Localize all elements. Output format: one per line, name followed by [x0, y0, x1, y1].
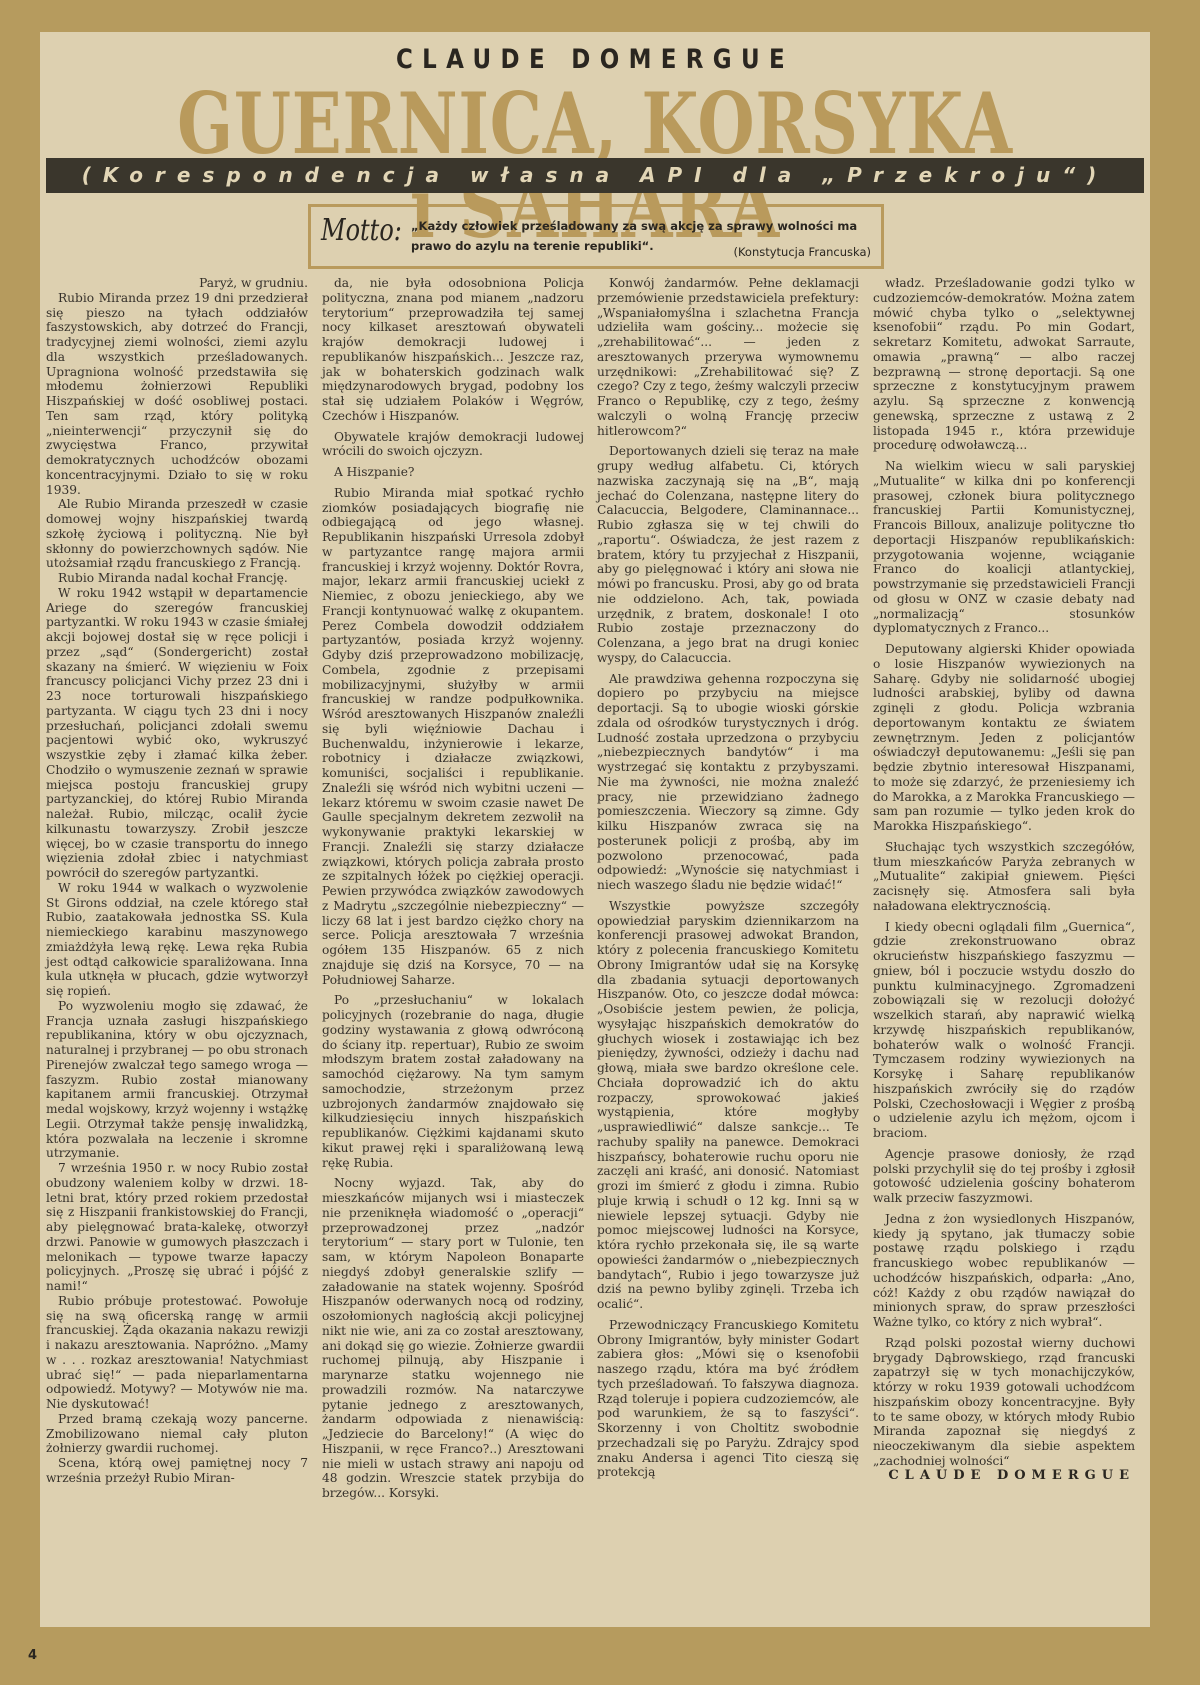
paragraph: Przed bramą czekają wozy pancerne. Zmobi…: [46, 1412, 308, 1456]
motto-source: (Konstytucja Francuska): [733, 245, 871, 259]
article-body: Paryż, w grudniu.Rubio Miranda przez 19 …: [40, 276, 1150, 1621]
paragraph: Rubio Miranda miał spotkać rychło ziomkó…: [322, 486, 584, 988]
column-4: władz. Prześladowanie godzi tylko w cudz…: [873, 276, 1135, 1621]
paragraph: Ale prawdziwa gehenna rozpoczyna się dop…: [597, 672, 859, 893]
dateline: Paryż, w grudniu.: [46, 276, 308, 291]
paragraph: A Hiszpanie?: [322, 465, 584, 480]
paragraph: Deportowanych dzieli się teraz na małe g…: [597, 444, 859, 665]
column-2: da, nie była odosobniona Policja polityc…: [322, 276, 584, 1621]
paragraph: Po „przesłuchaniu“ w lokalach policyjnyc…: [322, 993, 584, 1170]
article-page: CLAUDE DOMERGUE GUERNICA, KORSYKA i SAHA…: [40, 32, 1150, 1627]
paragraph: Przewodniczący Francuskiego Komitetu Obr…: [597, 1318, 859, 1480]
signature: CLAUDE DOMERGUE: [873, 1469, 1135, 1484]
paragraph: Agencje prasowe doniosły, że rząd polski…: [873, 1147, 1135, 1206]
paragraph: Nocny wyjazd. Tak, aby do mieszkańców mi…: [322, 1176, 584, 1501]
subtitle-bar: (Korespondencja własna API dla „Przekroj…: [46, 158, 1144, 193]
paragraph: Scena, którą owej pamiętnej nocy 7 wrześ…: [46, 1456, 308, 1486]
paragraph: I kiedy obecni oglądali film „Guernica“,…: [873, 920, 1135, 1141]
paragraph: władz. Prześladowanie godzi tylko w cudz…: [873, 276, 1135, 453]
paragraph: Wszystkie powyższe szczegóły opowiedział…: [597, 899, 859, 1312]
paragraph: Rubio Miranda przez 19 dni przedzierał s…: [46, 291, 308, 498]
paragraph: Po wyzwoleniu mogło się zdawać, że Franc…: [46, 999, 308, 1161]
paragraph: Obywatele krajów demokracji ludowej wróc…: [322, 430, 584, 460]
paragraph: Rubio Miranda nadal kochał Francję.: [46, 571, 308, 586]
paragraph: Rubio próbuje protestować. Powołuje się …: [46, 1294, 308, 1412]
paragraph: da, nie była odosobniona Policja polityc…: [322, 276, 584, 424]
motto-box: Motto: „Każdy człowiek prześladowany za …: [308, 204, 884, 269]
paragraph: Słuchając tych wszystkich szczegółów, tł…: [873, 840, 1135, 914]
paragraph: Ale Rubio Miranda przeszedł w czasie dom…: [46, 497, 308, 571]
paragraph: Konwój żandarmów. Pełne deklamacji przem…: [597, 276, 859, 438]
paragraph: Deputowany algierski Khider opowiada o l…: [873, 642, 1135, 834]
column-1: Paryż, w grudniu.Rubio Miranda przez 19 …: [46, 276, 308, 1621]
column-3: Konwój żandarmów. Pełne deklamacji przem…: [597, 276, 859, 1621]
paragraph: W roku 1942 wstąpił w departamencie Arie…: [46, 586, 308, 881]
paragraph: Na wielkim wiecu w sali paryskiej „Mutua…: [873, 459, 1135, 636]
paragraph: W roku 1944 w walkach o wyzwolenie St Gi…: [46, 881, 308, 999]
paragraph: Rząd polski pozostał wierny duchowi bryg…: [873, 1336, 1135, 1469]
paragraph: 7 września 1950 r. w nocy Rubio został o…: [46, 1161, 308, 1294]
paragraph: Jedna z żon wysiedlonych Hiszpanów, kied…: [873, 1212, 1135, 1330]
author-byline: CLAUDE DOMERGUE: [123, 44, 1067, 75]
motto-label: Motto:: [321, 213, 402, 248]
page-number: 4: [28, 1648, 37, 1663]
